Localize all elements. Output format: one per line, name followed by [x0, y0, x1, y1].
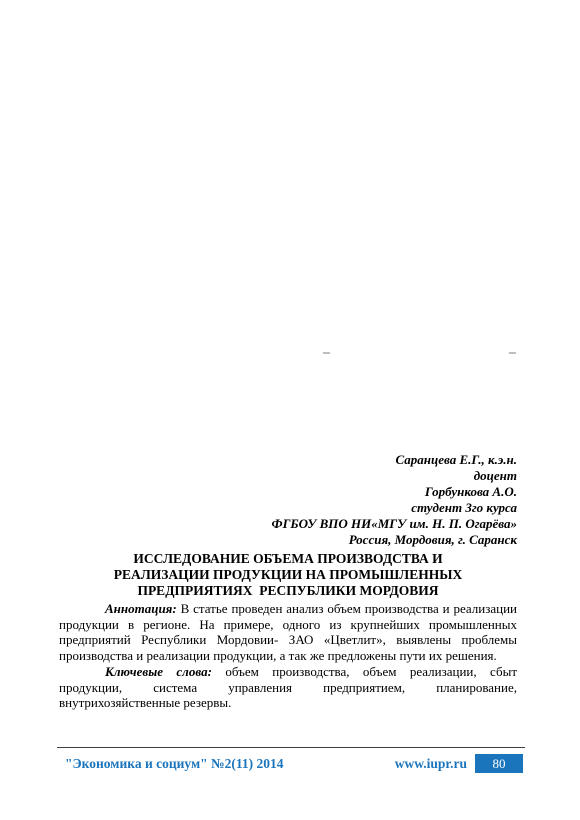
- placeholder-dash-left: –: [323, 346, 330, 360]
- content-column: Саранцева Е.Г., к.э.н. доцент Горбункова…: [59, 452, 517, 711]
- footer-divider: [57, 747, 525, 748]
- document-page: – – Саранцева Е.Г., к.э.н. доцент Горбун…: [0, 0, 580, 820]
- abstract-paragraph: Аннотация: В статье проведен анализ объе…: [59, 601, 517, 664]
- abstract-label: Аннотация:: [105, 601, 177, 616]
- placeholder-dash-right: –: [509, 346, 516, 360]
- author-block: Саранцева Е.Г., к.э.н. доцент Горбункова…: [59, 452, 517, 548]
- journal-website-link[interactable]: www.iupr.ru: [395, 756, 467, 772]
- keywords-paragraph: Ключевые слова: объем производства, объе…: [59, 664, 517, 711]
- article-title: ИССЛЕДОВАНИЕ ОБЪЕМА ПРОИЗВОДСТВА И РЕАЛИ…: [59, 551, 517, 599]
- journal-name: "Экономика и социум" №2(11) 2014: [65, 756, 283, 772]
- page-number-badge: 80: [475, 754, 523, 773]
- keywords-label: Ключевые слова:: [105, 664, 212, 679]
